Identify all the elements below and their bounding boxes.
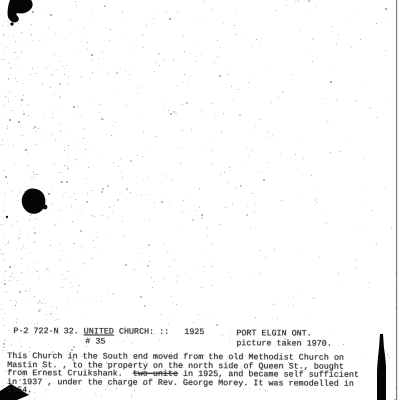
photo-id: P-2 722-N 32. (13, 326, 83, 336)
caption-paragraph: This Church in the South end moved from … (7, 352, 377, 397)
church-name-underlined: UNITED (84, 326, 114, 336)
paragraph-line-4: in 1937 , under the charge of Rev. Georg… (7, 378, 377, 389)
caption-photo-note: picture taken 1970. (236, 339, 332, 349)
caption-number: # 35 (13, 337, 204, 348)
caption-header: P-2 722-N 32. UNITED CHURCH: :: 1925 # 3… (13, 327, 204, 347)
scanned-document-page: P-2 722-N 32. UNITED CHURCH: :: 1925 # 3… (0, 0, 400, 400)
typewritten-text-layer: P-2 722-N 32. UNITED CHURCH: :: 1925 # 3… (0, 0, 400, 400)
caption-location-block: PORT ELGIN ONT. picture taken 1970. (236, 329, 332, 348)
caption-year: 1925 (184, 327, 204, 337)
caption-title-rest: CHURCH: :: (114, 327, 184, 337)
caption-id-line: P-2 722-N 32. UNITED CHURCH: :: 1925 (13, 327, 204, 338)
